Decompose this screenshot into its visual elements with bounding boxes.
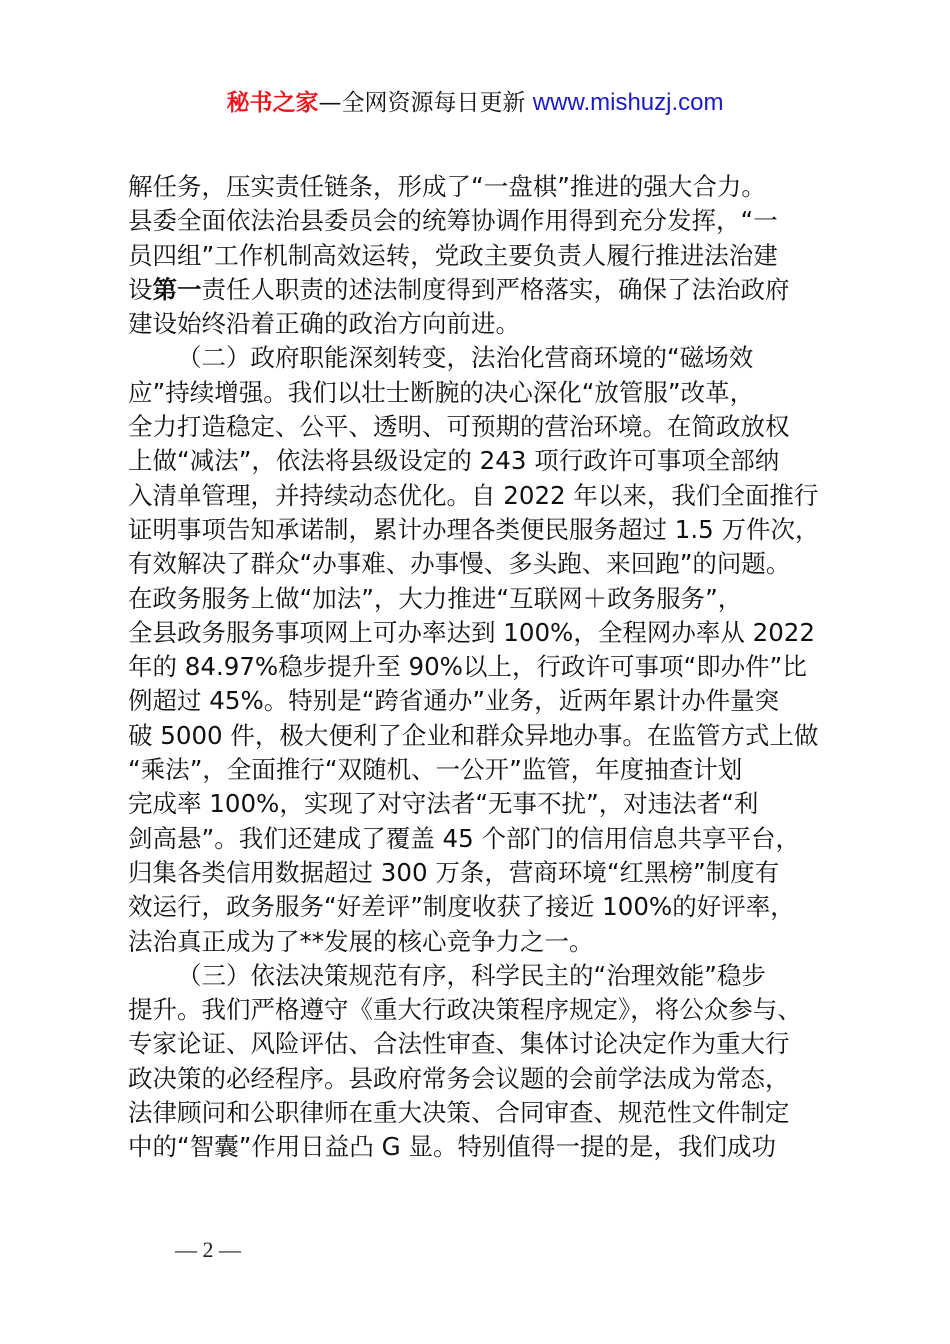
text-line: 县委全面依法治县委员会的统筹协调作用得到充分发挥，“一 (128, 204, 840, 238)
text-line: 解任务，压实责任链条，形成了“一盘棋”推进的强大合力。 (128, 170, 840, 204)
text-line: 证明事项告知承诺制，累计办理各类便民服务超过 1.5 万件次， (128, 513, 840, 547)
text-run: 责任人职责的述法制度得到严格落实，确保了法治政府 (202, 275, 790, 304)
text-line: 专家论证、风险评估、合法性审查、集体讨论决定作为重大行 (128, 1027, 840, 1061)
text-line: 政决策的必经程序。县政府常务会议题的会前学法成为常态， (128, 1062, 840, 1096)
text-line: 年的 84.97%稳步提升至 90%以上，行政许可事项“即办件”比 (128, 650, 840, 684)
text-line: 在政务服务上做“加法”，大力推进“互联网＋政务服务”， (128, 582, 840, 616)
text-line: 归集各类信用数据超过 300 万条，营商环境“红黑榜”制度有 (128, 856, 840, 890)
section-heading-line: （二）政府职能深刻转变，法治化营商环境的“磁场效 (128, 341, 840, 375)
text-line: 全县政务服务事项网上可办率达到 100%，全程网办率从 2022 (128, 616, 840, 650)
banner-slogan: —全网资源每日更新 (318, 90, 532, 116)
brand-name: 秘书之家 (226, 90, 318, 116)
text-line: 提升。我们严格遵守《重大行政决策程序规定》，将公众参与、 (128, 993, 840, 1027)
page-number: — 2 — (175, 1237, 241, 1263)
text-line: 全力打造稳定、公平、透明、可预期的营治环境。在简政放权 (128, 410, 840, 444)
text-line: 有效解决了群众“办事难、办事慢、多头跑、来回跑”的问题。 (128, 547, 840, 581)
text-line: 例超过 45%。特别是“跨省通办”业务，近两年累计办件量突 (128, 684, 840, 718)
text-line: 上做“减法”，依法将县级设定的 243 项行政许可事项全部纳 (128, 444, 840, 478)
section-heading-line: （三）依法决策规范有序，科学民主的“治理效能”稳步 (128, 959, 840, 993)
text-line: 应”持续增强。我们以壮士断腕的决心深化“放管服”改革， (128, 376, 840, 410)
text-line: 完成率 100%，实现了对守法者“无事不扰”，对违法者“利 (128, 787, 840, 821)
text-line: 入清单管理，并持续动态优化。自 2022 年以来，我们全面推行 (128, 479, 840, 513)
text-line: 法治真正成为了**发展的核心竞争力之一。 (128, 925, 840, 959)
site-banner: 秘书之家—全网资源每日更新 www.mishuzj.com (0, 88, 950, 118)
text-line: 效运行，政务服务“好差评”制度收获了接近 100%的好评率， (128, 890, 840, 924)
site-url-link[interactable]: www.mishuzj.com (533, 89, 724, 116)
text-line: 中的“智囊”作用日益凸 G 显。特别值得一提的是，我们成功 (128, 1130, 840, 1164)
text-line: “乘法”，全面推行“双随机、一公开”监管，年度抽查计划 (128, 753, 840, 787)
text-line: 设第一责任人职责的述法制度得到严格落实，确保了法治政府 (128, 273, 840, 307)
text-run: 设 (128, 275, 153, 304)
text-line: 建设始终沿着正确的政治方向前进。 (128, 307, 840, 341)
text-line: 法律顾问和公职律师在重大决策、合同审查、规范性文件制定 (128, 1096, 840, 1130)
bold-emphasis: 第一 (153, 275, 202, 304)
text-line: 剑高悬”。我们还建成了覆盖 45 个部门的信用信息共享平台， (128, 822, 840, 856)
text-line: 员四组”工作机制高效运转，党政主要负责人履行推进法治建 (128, 239, 840, 273)
document-body: 解任务，压实责任链条，形成了“一盘棋”推进的强大合力。 县委全面依法治县委员会的… (128, 170, 840, 1165)
text-line: 破 5000 件，极大便利了企业和群众异地办事。在监管方式上做 (128, 719, 840, 753)
